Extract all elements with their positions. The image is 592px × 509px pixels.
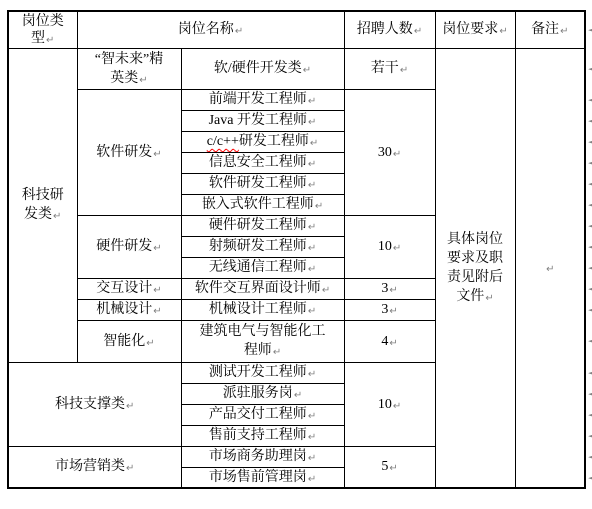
table-row-header: 岗位类 型↵ 岗位名称↵ 招聘人数↵ 岗位要求↵ 备注↵ — [8, 11, 585, 48]
paragraph-mark: ↵ — [308, 180, 316, 191]
row-end-mark: ◄ — [588, 223, 592, 230]
paragraph-mark: ↵ — [308, 243, 316, 254]
cell-text: 若干 — [371, 61, 399, 76]
cell-text: 售前支持工程师 — [209, 428, 307, 443]
cell-text: “智未来”精 英类 — [95, 52, 163, 86]
cell-position: 测试开发工程师↵ — [181, 362, 344, 383]
paragraph-mark: ↵ — [294, 390, 302, 401]
cell-subgroup-hardware: 硬件研发↵ — [77, 215, 181, 278]
cell-text: 软件研发工程师 — [209, 176, 307, 191]
paragraph-mark: ↵ — [308, 432, 316, 443]
cell-text: 软/硬件开发类 — [214, 61, 302, 76]
cell-text: 3 — [381, 302, 388, 317]
cell-position: 机械设计工程师↵ — [181, 299, 344, 320]
cell-text: 机械设计工程师 — [209, 302, 307, 317]
cell-text: c/c++研发工程师 — [207, 134, 309, 149]
cell-subgroup-elite: “智未来”精 英类↵ — [77, 48, 181, 89]
cell-position: 软/硬件开发类↵ — [181, 48, 344, 89]
header-text: 岗位名称 — [178, 22, 234, 37]
header-cell-requirement: 岗位要求↵ — [435, 11, 515, 48]
cell-position: 前端开发工程师↵ — [181, 89, 344, 110]
header-text: 岗位要求 — [442, 22, 498, 37]
cell-text: 交互设计 — [96, 281, 152, 296]
row-end-mark: ◄ — [588, 412, 592, 419]
paragraph-mark: ↵ — [308, 411, 316, 422]
cell-text: 10 — [378, 397, 392, 412]
cell-text: 科技支撑类 — [55, 397, 125, 412]
cell-position: 射频研发工程师↵ — [181, 236, 344, 257]
row-end-mark: ◄ — [588, 181, 592, 188]
document-page: 岗位类 型↵ 岗位名称↵ 招聘人数↵ 岗位要求↵ 备注↵ 科技研 发类↵ “智未… — [0, 0, 592, 509]
cell-note: ↵ — [515, 48, 585, 488]
paragraph-mark: ↵ — [315, 201, 323, 212]
paragraph-mark: ↵ — [139, 75, 147, 86]
cell-text: 建筑电气与智能化工 程师 — [200, 324, 326, 358]
row-end-mark: ◄ — [588, 307, 592, 314]
row-end-mark: ◄ — [588, 97, 592, 104]
paragraph-mark: ↵ — [499, 26, 507, 37]
paragraph-mark: ↵ — [308, 159, 316, 170]
row-end-mark: ◄ — [588, 370, 592, 377]
cell-text: 测试开发工程师 — [209, 365, 307, 380]
header-text: 招聘人数 — [357, 22, 413, 37]
cell-position: 信息安全工程师↵ — [181, 152, 344, 173]
cell-text: 机械设计 — [96, 302, 152, 317]
cell-text: 软件研发 — [96, 145, 152, 160]
cell-text: 软件交互界面设计师 — [195, 281, 321, 296]
paragraph-mark: ↵ — [308, 117, 316, 128]
cell-text: 智能化 — [103, 334, 145, 349]
header-cell-note: 备注↵ — [515, 11, 585, 48]
paragraph-mark: ↵ — [308, 306, 316, 317]
row-end-mark: ◄ — [588, 391, 592, 398]
cell-text: 信息安全工程师 — [209, 155, 307, 170]
cell-text: 硬件研发工程师 — [209, 218, 307, 233]
paragraph-mark: ↵ — [153, 306, 161, 317]
paragraph-mark: ↵ — [389, 306, 397, 317]
cell-requirement: 具体岗位 要求及职 责见附后 文件↵ — [435, 48, 515, 488]
row-end-mark: ◄ — [588, 433, 592, 440]
paragraph-mark: ↵ — [308, 453, 316, 464]
cell-position: 售前支持工程师↵ — [181, 425, 344, 446]
paragraph-mark: ↵ — [53, 211, 61, 222]
cell-position: Java 开发工程师↵ — [181, 110, 344, 131]
cell-count-support: 10↵ — [344, 362, 435, 446]
cell-count-software: 30↵ — [344, 89, 435, 215]
cell-text: 无线通信工程师 — [209, 260, 307, 275]
cell-category-tech-rd: 科技研 发类↵ — [8, 48, 77, 362]
cell-position: 嵌入式软件工程师↵ — [181, 194, 344, 215]
cell-count-ux: 3↵ — [344, 278, 435, 299]
paragraph-mark: ↵ — [389, 338, 397, 349]
header-cell-position-type: 岗位类 型↵ — [8, 11, 77, 48]
cell-text: 派驻服务岗 — [223, 386, 293, 401]
cell-text: Java 开发工程师 — [209, 113, 307, 128]
paragraph-mark: ↵ — [153, 243, 161, 254]
recruitment-table: 岗位类 型↵ 岗位名称↵ 招聘人数↵ 岗位要求↵ 备注↵ 科技研 发类↵ “智未… — [7, 10, 586, 489]
header-cell-position-name: 岗位名称↵ — [77, 11, 344, 48]
paragraph-mark: ↵ — [310, 138, 318, 149]
spellcheck-flagged-text: c/c++ — [207, 134, 239, 149]
cell-text: 市场商务助理岗 — [209, 449, 307, 464]
row-end-mark: ◄ — [588, 66, 592, 73]
cell-subgroup-ux: 交互设计↵ — [77, 278, 181, 299]
cell-position: 产品交付工程师↵ — [181, 404, 344, 425]
cell-text: 3 — [381, 281, 388, 296]
paragraph-mark: ↵ — [389, 285, 397, 296]
cell-text: 产品交付工程师 — [209, 407, 307, 422]
paragraph-mark: ↵ — [414, 26, 422, 37]
row-end-mark: ◄ — [588, 118, 592, 125]
table-row: 科技研 发类↵ “智未来”精 英类↵ 软/硬件开发类↵ 若干↵ 具体岗位 要求及… — [8, 48, 585, 89]
paragraph-mark: ↵ — [308, 474, 316, 485]
cell-count-mech: 3↵ — [344, 299, 435, 320]
paragraph-mark: ↵ — [46, 35, 54, 46]
paragraph-mark: ↵ — [322, 285, 330, 296]
cell-text: 4 — [381, 334, 388, 349]
paragraph-mark: ↵ — [308, 264, 316, 275]
row-end-mark: ◄ — [588, 27, 592, 34]
paragraph-mark: ↵ — [389, 463, 397, 474]
paragraph-mark: ↵ — [393, 149, 401, 160]
cell-position: 软件研发工程师↵ — [181, 173, 344, 194]
paragraph-mark: ↵ — [308, 96, 316, 107]
paragraph-mark: ↵ — [273, 347, 281, 358]
paragraph-mark: ↵ — [146, 338, 154, 349]
paragraph-mark: ↵ — [235, 26, 243, 37]
header-cell-recruit-count: 招聘人数↵ — [344, 11, 435, 48]
cell-text: 市场售前管理岗 — [209, 470, 307, 485]
cell-position: 市场商务助理岗↵ — [181, 446, 344, 467]
paragraph-mark: ↵ — [546, 264, 554, 275]
header-text: 备注 — [531, 22, 559, 37]
paragraph-mark: ↵ — [303, 65, 311, 76]
cell-text-rest: 研发工程师 — [239, 134, 309, 149]
paragraph-mark: ↵ — [485, 293, 493, 304]
cell-position: 硬件研发工程师↵ — [181, 215, 344, 236]
cell-text: 嵌入式软件工程师 — [202, 197, 314, 212]
paragraph-mark: ↵ — [153, 149, 161, 160]
cell-category-marketing: 市场营销类↵ — [8, 446, 181, 488]
cell-count-marketing: 5↵ — [344, 446, 435, 488]
paragraph-mark: ↵ — [560, 26, 568, 37]
paragraph-mark: ↵ — [308, 222, 316, 233]
cell-position: 无线通信工程师↵ — [181, 257, 344, 278]
cell-text: 市场营销类 — [55, 459, 125, 474]
cell-position-cpp: c/c++研发工程师↵ — [181, 131, 344, 152]
row-end-mark: ◄ — [588, 265, 592, 272]
cell-text: 前端开发工程师 — [209, 92, 307, 107]
cell-text: 射频研发工程师 — [209, 239, 307, 254]
cell-count-elite: 若干↵ — [344, 48, 435, 89]
cell-position: 建筑电气与智能化工 程师↵ — [181, 320, 344, 362]
cell-category-tech-support: 科技支撑类↵ — [8, 362, 181, 446]
row-end-mark: ◄ — [588, 454, 592, 461]
cell-count-hardware: 10↵ — [344, 215, 435, 278]
row-end-mark: ◄ — [588, 475, 592, 482]
row-end-mark: ◄ — [588, 202, 592, 209]
paragraph-mark: ↵ — [153, 285, 161, 296]
paragraph-mark: ↵ — [308, 369, 316, 380]
row-end-mark: ◄ — [588, 286, 592, 293]
cell-text: 5 — [381, 459, 388, 474]
cell-position: 派驻服务岗↵ — [181, 383, 344, 404]
cell-count-intelligent: 4↵ — [344, 320, 435, 362]
paragraph-mark: ↵ — [126, 463, 134, 474]
paragraph-mark: ↵ — [393, 401, 401, 412]
row-end-mark: ◄ — [588, 244, 592, 251]
cell-subgroup-intelligent: 智能化↵ — [77, 320, 181, 362]
cell-position: 市场售前管理岗↵ — [181, 467, 344, 488]
header-text: 岗位类 型 — [22, 14, 64, 46]
paragraph-mark: ↵ — [393, 243, 401, 254]
paragraph-mark: ↵ — [126, 401, 134, 412]
row-end-mark: ◄ — [588, 338, 592, 345]
row-end-mark: ◄ — [588, 160, 592, 167]
cell-text: 30 — [378, 145, 392, 160]
paragraph-mark: ↵ — [400, 65, 408, 76]
cell-subgroup-mech: 机械设计↵ — [77, 299, 181, 320]
cell-text: 具体岗位 要求及职 责见附后 文件 — [447, 232, 503, 304]
cell-position: 软件交互界面设计师↵ — [181, 278, 344, 299]
cell-subgroup-software: 软件研发↵ — [77, 89, 181, 215]
row-end-mark: ◄ — [588, 139, 592, 146]
cell-text: 10 — [378, 239, 392, 254]
cell-text: 硬件研发 — [96, 239, 152, 254]
